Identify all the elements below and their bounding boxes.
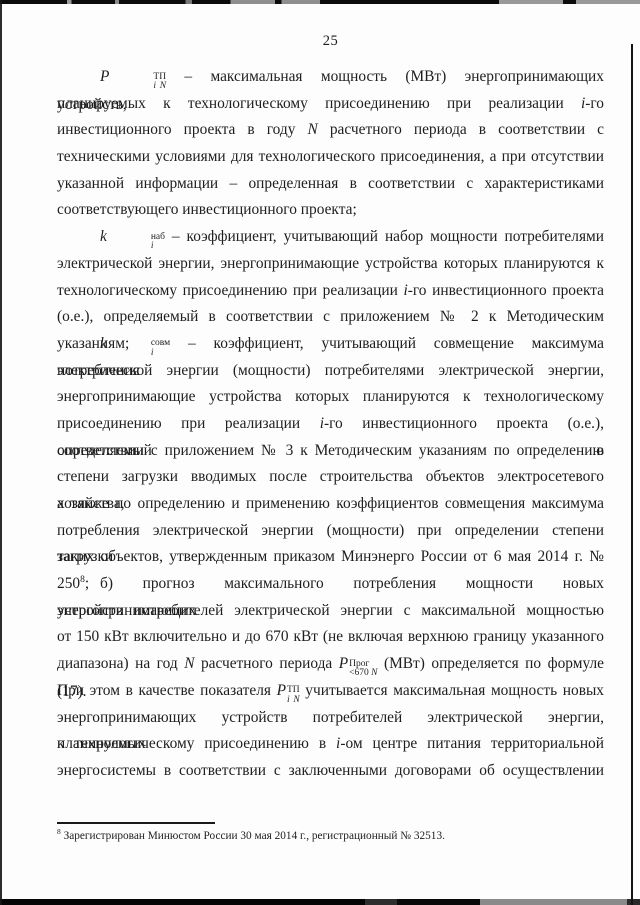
text-segment: от 150 кВт включительно и до 670 кВт (не… <box>57 628 604 645</box>
page-number: 25 <box>57 33 604 50</box>
text-line: указанной информации – определенная в со… <box>57 171 604 198</box>
paragraph: б) прогноз максимального потребления мощ… <box>57 571 604 785</box>
text-segment: <670 <box>349 668 371 678</box>
text-line: потребления электрической энергии (мощно… <box>57 518 604 545</box>
text-segment: расчетного периода в соответствии с <box>318 121 604 138</box>
text-segment: P <box>339 655 348 672</box>
text-line: kнабi – коэффициент, учитывающий набор м… <box>57 224 604 251</box>
text-line: энергосистемы в соответствии с заключенн… <box>57 758 604 785</box>
text-segment: учитывается максимальная мощность новых <box>300 682 604 699</box>
text-segment: инвестиционного проекта в году <box>57 121 308 138</box>
math-formula: kнабi <box>100 228 165 245</box>
text-segment: -го <box>585 95 604 112</box>
text-line: PТПi N – максимальная мощность (МВт) эне… <box>57 64 604 91</box>
text-segment: энергопринимающие устройства которых пла… <box>57 388 604 405</box>
text-segment: N <box>184 655 194 672</box>
text-line: инвестиционного проекта в году N расчетн… <box>57 117 604 144</box>
scan-edge-right <box>631 44 633 905</box>
text-line: б) прогноз максимального потребления мощ… <box>57 571 604 598</box>
document-body: PТПi N – максимальная мощность (МВт) эне… <box>57 64 604 785</box>
text-segment: N <box>308 121 318 138</box>
text-segment: ТП <box>153 72 166 82</box>
scan-edge-top <box>0 0 640 4</box>
text-line: техническими условиями для технологическ… <box>57 144 604 171</box>
text-line: к технологическому присоединению в i-ом … <box>57 731 604 758</box>
text-line: диапазона) на год N расчетного периода P… <box>57 651 604 678</box>
text-line: от 150 кВт включительно и до 670 кВт (не… <box>57 624 604 651</box>
text-segment: k <box>100 335 107 352</box>
math-formula: kсовмi <box>100 335 170 352</box>
text-segment: -ом центре питания территориальной <box>340 735 604 752</box>
text-segment: Прог <box>349 659 369 669</box>
text-segment: совм <box>151 338 170 348</box>
text-segment: P <box>277 682 286 699</box>
text-segment: электрической энергии (мощности) потреби… <box>57 362 604 379</box>
text-segment: соответствующего инвестиционного проекта… <box>57 201 357 218</box>
text-segment: ; <box>85 575 89 592</box>
text-segment: ТП <box>287 685 300 695</box>
document-page: 25 PТПi N – максимальная мощность (МВт) … <box>0 0 640 905</box>
text-segment: – коэффициент, учитывающий набор мощност… <box>165 228 604 245</box>
text-segment: электрической энергии, энергопринимающие… <box>57 255 604 272</box>
text-segment: технологическому присоединению при реали… <box>57 282 403 299</box>
text-segment: При этом в качестве показателя <box>57 682 277 699</box>
paragraph: kсовмi – коэффициент, учитывающий совмещ… <box>57 331 604 571</box>
paragraph: PТПi N – максимальная мощность (МВт) эне… <box>57 64 604 224</box>
text-segment: i <box>151 241 154 251</box>
text-line: электрической энергии, энергопринимающие… <box>57 251 604 278</box>
text-line: (о.е.), определяемый в соответствии с пр… <box>57 304 604 331</box>
text-segment: присоединению при реализации <box>57 415 320 432</box>
text-line: таких объектов, утвержденным приказом Ми… <box>57 544 604 571</box>
text-segment: i N <box>287 695 300 705</box>
text-segment: k <box>100 228 107 245</box>
text-line: а также по определению и применению коэф… <box>57 491 604 518</box>
text-line: технологическому присоединению при реали… <box>57 278 604 305</box>
math-formula: PТПi N <box>100 68 166 85</box>
text-line: соответствующего инвестиционного проекта… <box>57 197 604 224</box>
text-segment: диапазона) на год <box>57 655 184 672</box>
text-segment: а также по определению и применению коэф… <box>57 495 604 512</box>
text-line: энергопринимающие устройства которых пла… <box>57 384 604 411</box>
text-segment: энергосистемы в соответствии с заключенн… <box>57 762 604 779</box>
text-line: планируемых к технологическому присоедин… <box>57 91 604 118</box>
text-segment: соответствии с приложением № 3 к Методич… <box>57 442 604 459</box>
text-segment: наб <box>151 232 165 242</box>
footnote: 8 Зарегистрирован Минюстом России 30 мая… <box>57 829 604 843</box>
text-segment: i N <box>153 81 166 91</box>
text-segment: -го инвестиционного проекта <box>408 282 604 299</box>
text-segment: указанной информации – определенная в со… <box>57 175 604 192</box>
scan-edge-left <box>0 0 2 905</box>
text-line: энергопринимающих устройств потребителей… <box>57 705 604 732</box>
math-formula: PТПi N <box>277 682 300 699</box>
footnote-text: Зарегистрирован Минюстом России 30 мая 2… <box>61 830 445 842</box>
scan-edge-bottom <box>0 899 640 905</box>
text-line: При этом в качестве показателя PТПi N уч… <box>57 678 604 705</box>
text-line: степени загрузки вводимых после строител… <box>57 464 604 491</box>
footnote-separator <box>57 822 215 824</box>
math-formula: PПрог<670 N <box>339 655 378 672</box>
text-segment: P <box>100 68 109 85</box>
paragraph: kнабi – коэффициент, учитывающий набор м… <box>57 224 604 331</box>
text-segment: техническими условиями для технологическ… <box>57 148 604 165</box>
text-segment: к технологическому присоединению в <box>57 735 336 752</box>
text-segment: i <box>151 348 154 358</box>
text-line: присоединению при реализации i-го инвест… <box>57 411 604 438</box>
text-segment: расчетного периода <box>194 655 338 672</box>
text-line: электрической энергии (мощности) потреби… <box>57 358 604 385</box>
text-segment: планируемых к технологическому присоедин… <box>57 95 581 112</box>
text-line: соответствии с приложением № 3 к Методич… <box>57 438 604 465</box>
text-line: устройств потребителей электрической эне… <box>57 598 604 625</box>
text-segment: устройств потребителей электрической эне… <box>57 602 604 619</box>
text-line: kсовмi – коэффициент, учитывающий совмещ… <box>57 331 604 358</box>
